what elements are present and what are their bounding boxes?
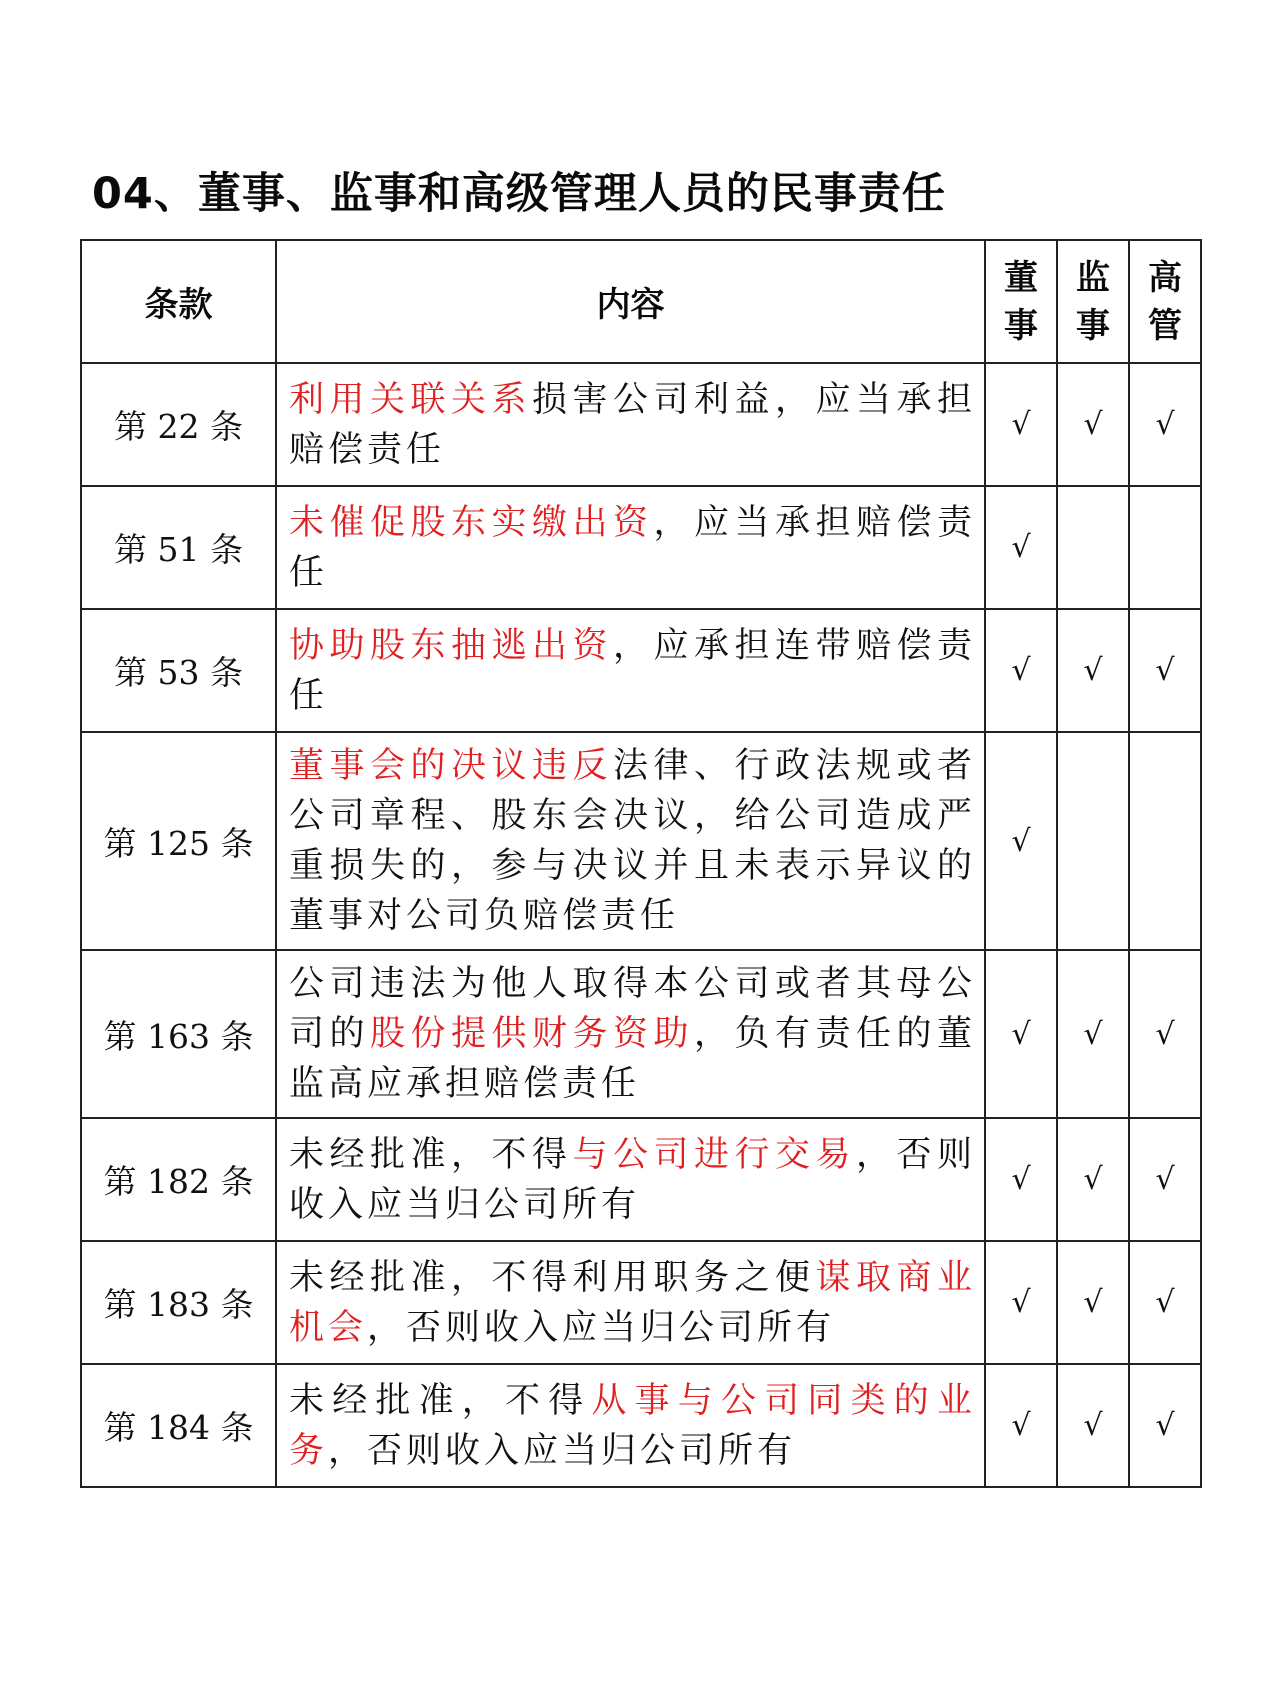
check-mark-icon: √ [1155, 1408, 1174, 1443]
article-cell: 第 163 条 [81, 950, 276, 1118]
check-mark-icon: √ [1011, 1285, 1030, 1320]
check-cell-director: √ [985, 1364, 1057, 1487]
check-mark-icon: √ [1011, 824, 1030, 859]
check-cell-director: √ [985, 486, 1057, 609]
article-cell: 第 183 条 [81, 1241, 276, 1364]
check-mark-icon: √ [1011, 1162, 1030, 1197]
highlighted-text: 协助股东抽逃出资 [289, 626, 613, 666]
header-executive-char: 高 [1130, 254, 1200, 302]
content-cell: 协助股东抽逃出资，应承担连带赔偿责任 [276, 609, 985, 732]
check-mark-icon: √ [1155, 653, 1174, 688]
content-cell: 未经批准，不得利用职务之便谋取商业机会，否则收入应当归公司所有 [276, 1241, 985, 1364]
check-cell-executive: √ [1129, 1364, 1201, 1487]
header-executive-char: 管 [1130, 302, 1200, 350]
content-text: 未经批准，不得 [289, 1135, 572, 1175]
check-cell-executive: √ [1129, 950, 1201, 1118]
check-cell-executive [1129, 732, 1201, 950]
article-cell: 第 182 条 [81, 1118, 276, 1241]
check-mark-icon: √ [1083, 1017, 1102, 1052]
check-mark-icon: √ [1155, 1162, 1174, 1197]
content-text: 未经批准，不得利用职务之便 [289, 1258, 815, 1298]
check-cell-executive [1129, 486, 1201, 609]
check-mark-icon: √ [1011, 1017, 1030, 1052]
check-mark-icon: √ [1011, 407, 1030, 442]
header-content: 内容 [276, 240, 985, 363]
check-mark-icon: √ [1083, 653, 1102, 688]
check-cell-director: √ [985, 363, 1057, 486]
article-cell: 第 125 条 [81, 732, 276, 950]
check-mark-icon: √ [1083, 1162, 1102, 1197]
content-cell: 未经批准，不得与公司进行交易，否则收入应当归公司所有 [276, 1118, 985, 1241]
header-supervisor-char: 监 [1058, 254, 1128, 302]
content-cell: 未催促股东实缴出资，应当承担赔偿责任 [276, 486, 985, 609]
check-cell-executive: √ [1129, 1241, 1201, 1364]
check-cell-supervisor: √ [1057, 363, 1129, 486]
check-mark-icon: √ [1083, 1285, 1102, 1320]
highlighted-text: 与公司进行交易 [572, 1135, 855, 1175]
table-row: 第 125 条董事会的决议违反法律、行政法规或者公司章程、股东会决议，给公司造成… [81, 732, 1201, 950]
check-mark-icon: √ [1011, 653, 1030, 688]
header-director: 董 事 [985, 240, 1057, 363]
article-cell: 第 53 条 [81, 609, 276, 732]
table-row: 第 163 条公司违法为他人取得本公司或者其母公司的股份提供财务资助，负有责任的… [81, 950, 1201, 1118]
header-director-char: 事 [986, 302, 1056, 350]
content-text: ，否则收入应当归公司所有 [367, 1308, 835, 1348]
check-mark-icon: √ [1011, 1408, 1030, 1443]
table-row: 第 53 条协助股东抽逃出资，应承担连带赔偿责任√√√ [81, 609, 1201, 732]
check-cell-supervisor [1057, 732, 1129, 950]
highlighted-text: 利用关联关系 [289, 380, 532, 420]
table-row: 第 183 条未经批准，不得利用职务之便谋取商业机会，否则收入应当归公司所有√√… [81, 1241, 1201, 1364]
check-cell-director: √ [985, 732, 1057, 950]
content-cell: 未经批准，不得从事与公司同类的业务，否则收入应当归公司所有 [276, 1364, 985, 1487]
table-row: 第 22 条利用关联关系损害公司利益，应当承担赔偿责任√√√ [81, 363, 1201, 486]
header-article: 条款 [81, 240, 276, 363]
header-director-char: 董 [986, 254, 1056, 302]
article-cell: 第 184 条 [81, 1364, 276, 1487]
content-cell: 利用关联关系损害公司利益，应当承担赔偿责任 [276, 363, 985, 486]
highlighted-text: 股份提供财务资助 [370, 1014, 694, 1054]
check-mark-icon: √ [1155, 1017, 1174, 1052]
check-cell-director: √ [985, 950, 1057, 1118]
check-cell-supervisor [1057, 486, 1129, 609]
check-cell-executive: √ [1129, 1118, 1201, 1241]
table-header-row: 条款 内容 董 事 监 事 高 管 [81, 240, 1201, 363]
table-row: 第 182 条未经批准，不得与公司进行交易，否则收入应当归公司所有√√√ [81, 1118, 1201, 1241]
article-cell: 第 51 条 [81, 486, 276, 609]
check-mark-icon: √ [1083, 1408, 1102, 1443]
check-mark-icon: √ [1011, 530, 1030, 565]
check-cell-supervisor: √ [1057, 609, 1129, 732]
check-cell-director: √ [985, 1241, 1057, 1364]
header-executive: 高 管 [1129, 240, 1201, 363]
header-supervisor: 监 事 [1057, 240, 1129, 363]
article-cell: 第 22 条 [81, 363, 276, 486]
check-mark-icon: √ [1155, 1285, 1174, 1320]
table-row: 第 51 条未催促股东实缴出资，应当承担赔偿责任√ [81, 486, 1201, 609]
check-mark-icon: √ [1083, 407, 1102, 442]
check-cell-executive: √ [1129, 609, 1201, 732]
check-cell-supervisor: √ [1057, 1364, 1129, 1487]
content-text: 未经批准，不得 [289, 1381, 591, 1421]
content-cell: 公司违法为他人取得本公司或者其母公司的股份提供财务资助，负有责任的董监高应承担赔… [276, 950, 985, 1118]
check-cell-supervisor: √ [1057, 1241, 1129, 1364]
check-cell-director: √ [985, 609, 1057, 732]
check-cell-director: √ [985, 1118, 1057, 1241]
highlighted-text: 董事会的决议违反 [289, 746, 613, 786]
table-row: 第 184 条未经批准，不得从事与公司同类的业务，否则收入应当归公司所有√√√ [81, 1364, 1201, 1487]
highlighted-text: 未催促股东实缴出资 [289, 503, 653, 543]
page-title: 04、董事、监事和高级管理人员的民事责任 [92, 160, 946, 221]
header-supervisor-char: 事 [1058, 302, 1128, 350]
content-cell: 董事会的决议违反法律、行政法规或者公司章程、股东会决议，给公司造成严重损失的，参… [276, 732, 985, 950]
check-mark-icon: √ [1155, 407, 1174, 442]
content-text: ，否则收入应当归公司所有 [328, 1431, 796, 1471]
liability-table: 条款 内容 董 事 监 事 高 管 第 22 条利用关联关系损害公司利益，应当承… [80, 239, 1202, 1488]
check-cell-executive: √ [1129, 363, 1201, 486]
check-cell-supervisor: √ [1057, 1118, 1129, 1241]
check-cell-supervisor: √ [1057, 950, 1129, 1118]
